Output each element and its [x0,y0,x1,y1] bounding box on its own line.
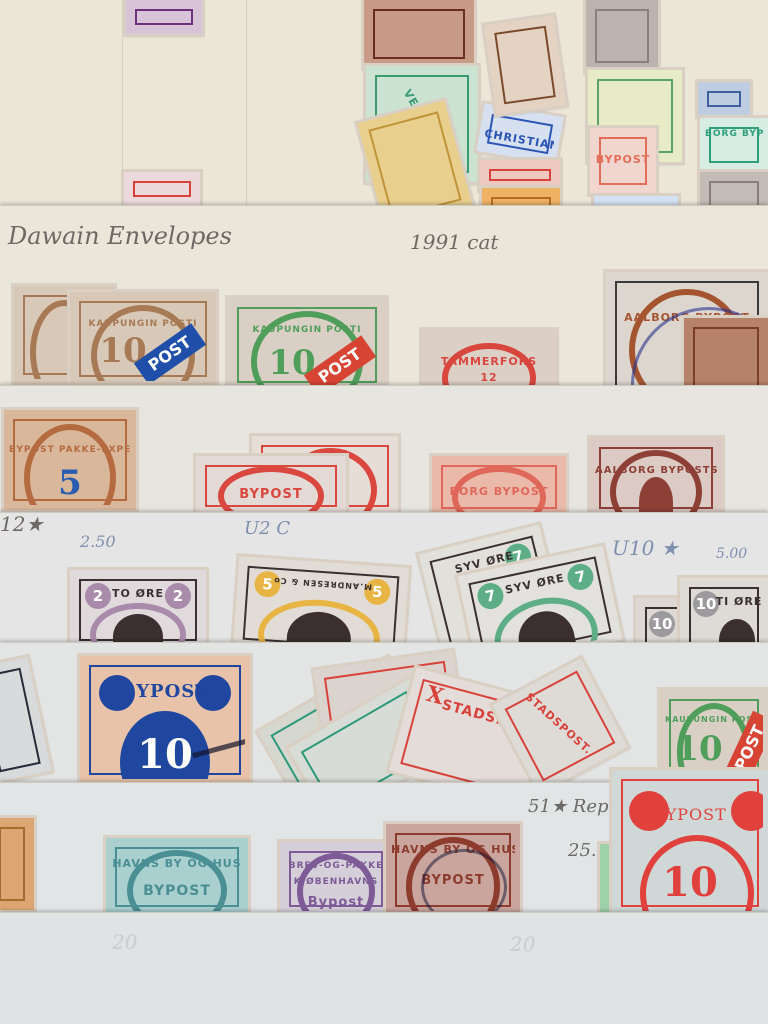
stamp: AALBORG BYPOSTS [590,438,722,518]
stamp-text: BORG BYPOST [705,129,763,139]
stamp [124,172,200,206]
stamp-text: TAMMERFORS [427,355,551,368]
stamp: BORG BYPOST [432,456,566,518]
stamp-value: 10 [617,859,763,906]
stamp-text: KAUPUNGIN POSTI [233,325,381,335]
stamp-text: BYPOST [617,805,763,824]
stamp [364,0,474,68]
stamp [0,818,34,910]
handwritten-catalog-number: U10 ★ [612,536,679,560]
handwritten-price: 2.50 [80,532,116,551]
stamp: BYPOST [590,128,656,194]
stamp: BYPOST10 [612,770,768,916]
faint-pencil-note: 20 [510,932,535,956]
faint-pencil-note: 20 [112,930,137,954]
stamp: BREV-OG-PAKKEKJØBENHAVNSBypost [280,842,392,916]
stamp: BYPOST PAKKE-EXPEDIT5 [4,410,136,510]
stamp: HAVNS BY OG HUSBYPOST [386,824,520,916]
handwritten-catalog-number: 12★ [0,512,43,536]
stamp [586,0,658,72]
stamp-value: Bypost [285,895,387,910]
stamp-text: BYPOST PAKKE-EXPEDIT [9,445,131,455]
stamp-text: TI ØRE [715,595,763,608]
stamp: 22TO ØRE [70,570,206,650]
handwritten-catalog-number: U2 C [244,518,290,539]
handwritten-price: 5.00 [716,546,747,562]
column-divider [122,0,123,215]
handwritten-title: Dawain Envelopes [8,222,232,250]
stock-strip-6 [0,912,768,1024]
stamp-text: BYPOST [595,153,651,166]
stamp: KAUPUNGIN POSTI10POST [228,298,386,392]
stamp [126,0,202,34]
handwritten-catalog-number: 51★ Repri [528,796,623,817]
stamp-value: 12 [427,371,551,384]
stamp-text: AALBORG BYPOSTS [595,465,717,476]
stamp: BORG BYPOST [700,118,768,172]
stamp-text: BORG BYPOST [437,485,561,498]
stamp: KAUPUNGIN POSTI10POST [660,690,768,782]
column-divider [246,0,247,215]
stamp: BYPOST10 [80,656,250,784]
stamp-text: HAVNS BY OG HUS [111,857,243,870]
handwritten-catalog-note: 1991 cat [410,230,498,254]
stamp-value: BYPOST [111,883,243,899]
stamp-text: TO ØRE [75,587,201,600]
stamp-text: BREV-OG-PAKKE [285,861,387,871]
stamp-subtext: KJØBENHAVNS [285,877,387,887]
stamp [698,82,750,116]
stamp: BYPOST [196,456,346,516]
stamp-text: BYPOST [201,487,341,502]
stamp-text: BYPOST [85,681,245,702]
stamp-value: 5 [9,463,131,503]
stamp [484,16,566,115]
stamp [480,160,560,190]
stamp: KAUPUNGIN POSTI10POST [70,292,216,386]
stamp: HAVNS BY OG HUSBYPOST [106,838,248,916]
